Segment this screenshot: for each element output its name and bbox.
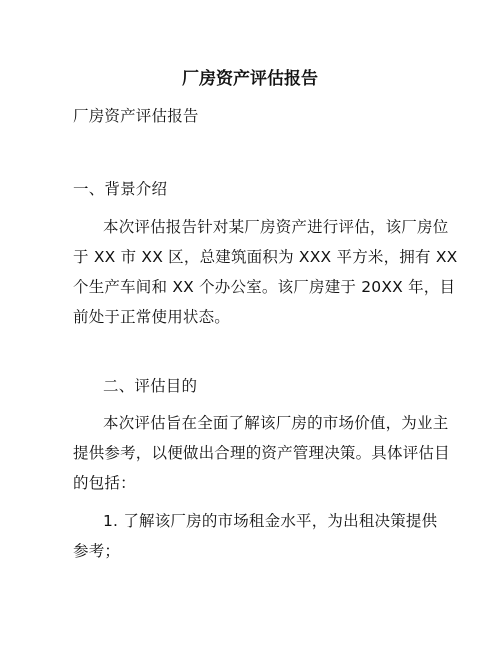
list-item-line: 1. 了解该厂房的市场租金水平，为出租决策提供 [103,509,437,531]
paragraph-line: 本次评估旨在全面了解该厂房的市场价值，为业主 [103,411,448,433]
paragraph-line: 本次评估报告针对某厂房资产进行评估，该厂房位 [103,215,448,237]
paragraph-line: 前处于正常使用状态。 [73,305,230,327]
section-heading-background: 一、背景介绍 [73,177,167,199]
paragraph-line: 于 XX 市 XX 区，总建筑面积为 XXX 平方米，拥有 XX [73,245,457,267]
paragraph-line: 提供参考，以便做出合理的资产管理决策。具体评估目 [73,441,450,463]
document-title: 厂房资产评估报告 [0,64,500,89]
document-subtitle: 厂房资产评估报告 [73,104,199,126]
list-item-line: 参考； [73,539,120,561]
paragraph-line: 的包括： [73,471,136,493]
section-heading-purpose: 二、评估目的 [103,374,197,396]
paragraph-line: 个生产车间和 XX 个办公室。该厂房建于 20XX 年，目 [73,275,455,297]
